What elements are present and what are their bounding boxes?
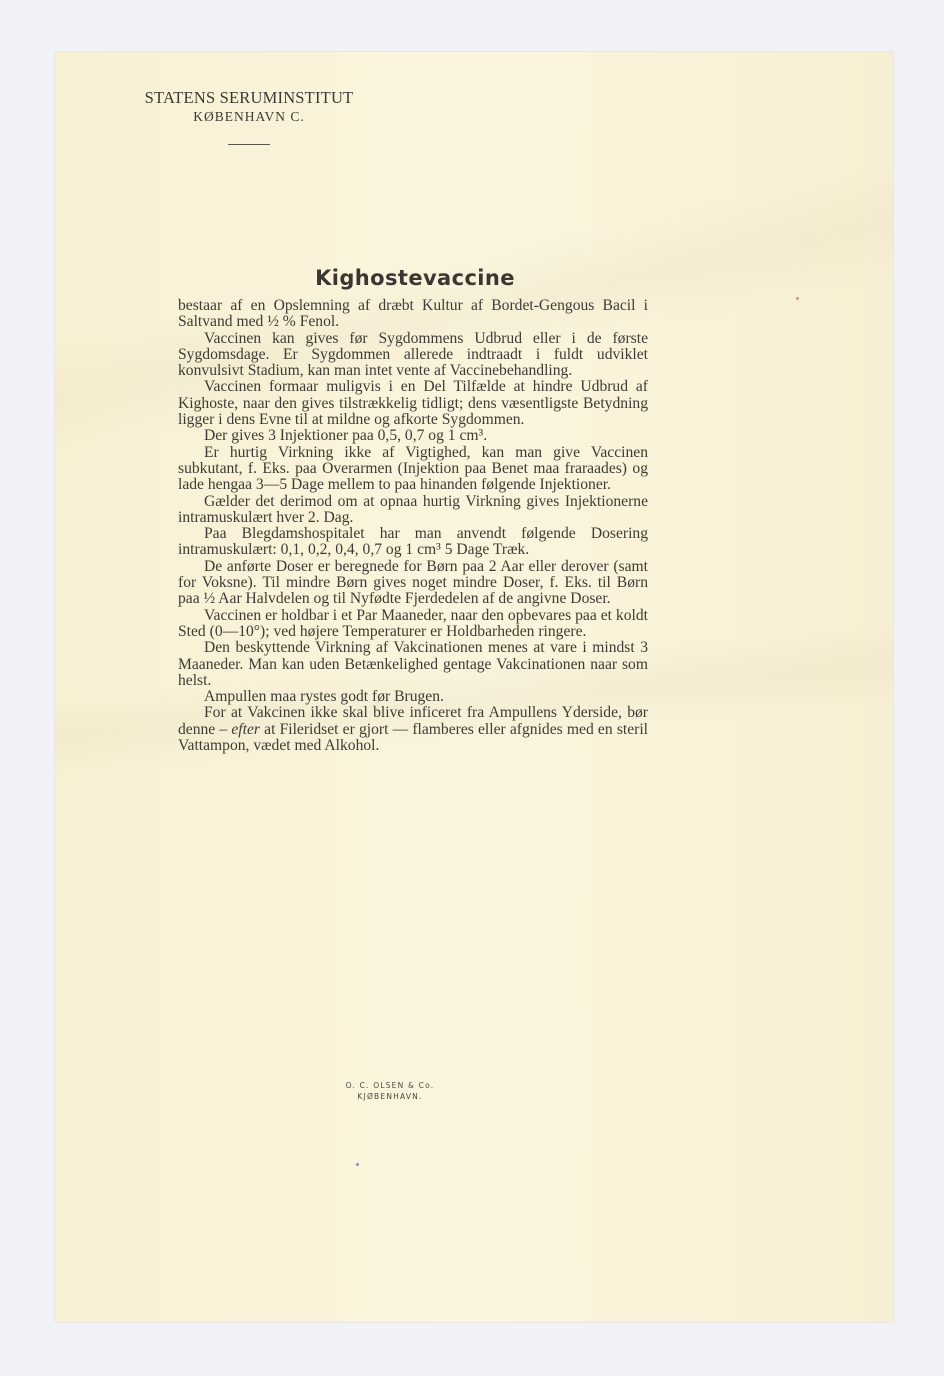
paragraph-composition: bestaar af en Opslemning af dræbt Kultur… bbox=[178, 298, 648, 331]
paragraph-dosage: Der gives 3 Injektioner paa 0,5, 0,7 og … bbox=[178, 428, 648, 444]
paragraph-blegdam: Paa Blegdamshospitalet har man anvendt f… bbox=[178, 526, 648, 559]
printer-name: O. C. OLSEN & Co. bbox=[310, 1080, 470, 1091]
document-body: bestaar af en Opslemning af dræbt Kultur… bbox=[178, 298, 648, 754]
paper-speck bbox=[356, 1163, 359, 1166]
paragraph-effect: Vaccinen formaar muligvis i en Del Tilfæ… bbox=[178, 379, 648, 428]
letterhead-rule bbox=[228, 144, 270, 145]
paragraph-timing: Vaccinen kan gives før Sygdommens Udbrud… bbox=[178, 331, 648, 380]
letterhead: STATENS SERUMINSTITUT KØBENHAVN C. bbox=[138, 88, 360, 145]
paragraph-protection: Den beskyttende Virkning af Vakcinatione… bbox=[178, 640, 648, 689]
sterilization-emphasis: efter bbox=[231, 721, 260, 738]
paragraph-shake: Ampullen maa rystes godt før Brugen. bbox=[178, 689, 648, 705]
document-title: Kighostevaccine bbox=[300, 266, 530, 290]
printer-city: KJØBENHAVN. bbox=[310, 1091, 470, 1102]
institute-city: KØBENHAVN C. bbox=[138, 108, 360, 126]
paragraph-subcutaneous: Er hurtig Virkning ikke af Vigtighed, ka… bbox=[178, 445, 648, 494]
paper-speck bbox=[796, 297, 799, 300]
paragraph-children: De anførte Doser er beregnede for Børn p… bbox=[178, 559, 648, 608]
paragraph-storage: Vaccinen er holdbar i et Par Maaneder, n… bbox=[178, 608, 648, 641]
printer-imprint: O. C. OLSEN & Co. KJØBENHAVN. bbox=[310, 1080, 470, 1102]
institute-name: STATENS SERUMINSTITUT bbox=[138, 88, 360, 108]
paragraph-sterilization: For at Vakcinen ikke skal blive inficere… bbox=[178, 705, 648, 754]
paragraph-intramuscular: Gælder det derimod om at opnaa hurtig Vi… bbox=[178, 494, 648, 527]
